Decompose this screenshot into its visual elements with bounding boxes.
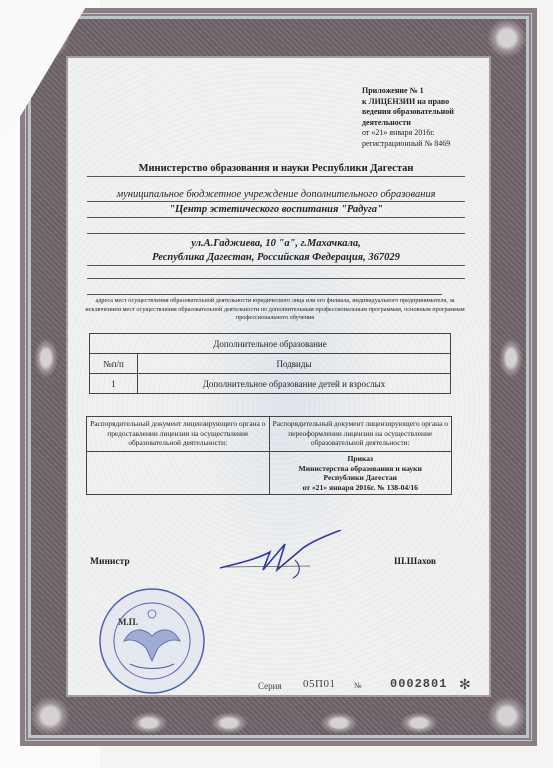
appendix-reg-number: регистрационный № 8469	[362, 139, 482, 150]
signature-icon	[215, 530, 345, 580]
underline	[87, 278, 465, 279]
order-issuer: Министерства образования и науки	[272, 464, 450, 474]
education-table-title: Дополнительное образование	[90, 334, 451, 354]
official-seal-icon	[94, 586, 209, 696]
signer-name: Ш.Шахов	[394, 557, 436, 567]
corner-ornament-icon	[487, 18, 527, 58]
series-value: 05П01	[303, 678, 335, 690]
issuer-name: Министерство образования и науки Республ…	[87, 163, 465, 174]
order-title: Приказ	[272, 454, 450, 464]
grant-document-value	[87, 452, 270, 495]
appendix-note: Приложение № 1 к ЛИЦЕНЗИИ на право веден…	[362, 86, 482, 149]
column-header-number: №п/п	[90, 354, 138, 374]
grant-document-header: Распорядительный документ лицензирующего…	[87, 417, 270, 452]
number-label: №	[354, 681, 362, 690]
underline	[87, 233, 465, 234]
address-line2: Республика Дагестан, Российская Федераци…	[87, 252, 465, 263]
form-number: 0002801	[390, 677, 447, 691]
appendix-line: деятельности	[362, 118, 411, 127]
address-line1: ул.А.Гаджиева, 10 "а", г.Махачкала,	[87, 238, 465, 249]
organization-name-line2: "Центр эстетического воспитания "Радуга"	[87, 204, 465, 215]
stamp-placeholder-label: М.П.	[118, 617, 138, 627]
address-caption: адреса мест осуществления образовательно…	[85, 297, 465, 323]
reissue-document-value: Приказ Министерства образования и науки …	[269, 452, 452, 495]
order-date-number: от «21» января 2016г. № 138-04/16	[272, 483, 450, 493]
leaf-ornament-icon	[400, 712, 438, 734]
order-issuer-region: Республики Дагестан	[272, 473, 450, 483]
signer-position: Министр	[90, 557, 130, 567]
underline	[87, 294, 442, 295]
leaf-ornament-icon	[34, 338, 58, 378]
underline	[87, 217, 465, 218]
leaf-ornament-icon	[130, 712, 168, 734]
reissue-document-header: Распорядительный документ лицензирующего…	[269, 417, 452, 452]
underline	[87, 201, 465, 202]
asterisk-mark-icon: ✻	[459, 677, 471, 694]
underline	[87, 265, 465, 266]
leaf-ornament-icon	[210, 712, 248, 734]
column-header-subtypes: Подвиды	[138, 354, 451, 374]
leaf-ornament-icon	[499, 338, 523, 378]
table-row: 1 Дополнительное образование детей и взр…	[90, 374, 451, 394]
series-label: Серия	[258, 681, 282, 691]
row-number: 1	[90, 374, 138, 394]
documents-table: Распорядительный документ лицензирующего…	[86, 416, 452, 495]
underline	[87, 176, 465, 177]
organization-name-line1: муниципальное бюджетное учреждение допол…	[87, 189, 465, 200]
appendix-license-ref: к ЛИЦЕНЗИИ на право	[362, 97, 449, 106]
appendix-line: ведения образовательной	[362, 107, 454, 116]
education-table: Дополнительное образование №п/п Подвиды …	[89, 333, 451, 394]
corner-ornament-icon	[487, 696, 527, 736]
appendix-title: Приложение № 1	[362, 86, 424, 95]
corner-ornament-icon	[30, 696, 70, 736]
folded-corner	[0, 0, 90, 150]
leaf-ornament-icon	[320, 712, 358, 734]
row-subtype: Дополнительное образование детей и взрос…	[138, 374, 451, 394]
appendix-date: от «21» января 2016г.	[362, 128, 482, 139]
